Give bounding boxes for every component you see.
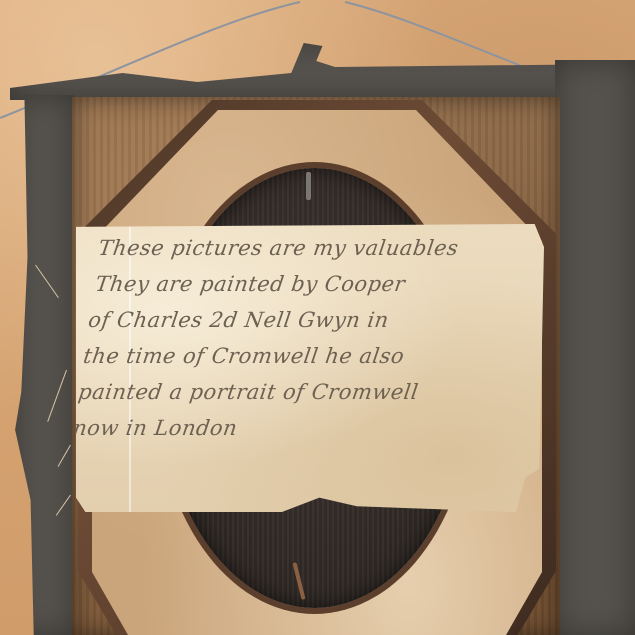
note-line: of Charles 2d Nell Gwyn in — [86, 302, 539, 338]
note-line: now in London — [71, 410, 524, 446]
handwritten-note: These pictures are my valuables They are… — [76, 224, 544, 512]
gray-board-right — [555, 60, 635, 635]
photo-scene: These pictures are my valuables They are… — [0, 0, 635, 635]
note-text: These pictures are my valuables They are… — [71, 230, 549, 446]
note-line: painted a portrait of Cromwell — [76, 374, 529, 410]
note-line: These pictures are my valuables — [96, 230, 549, 266]
note-line: They are painted by Cooper — [91, 266, 544, 302]
note-line: the time of Cromwell he also — [81, 338, 534, 374]
top-nail — [306, 172, 311, 200]
